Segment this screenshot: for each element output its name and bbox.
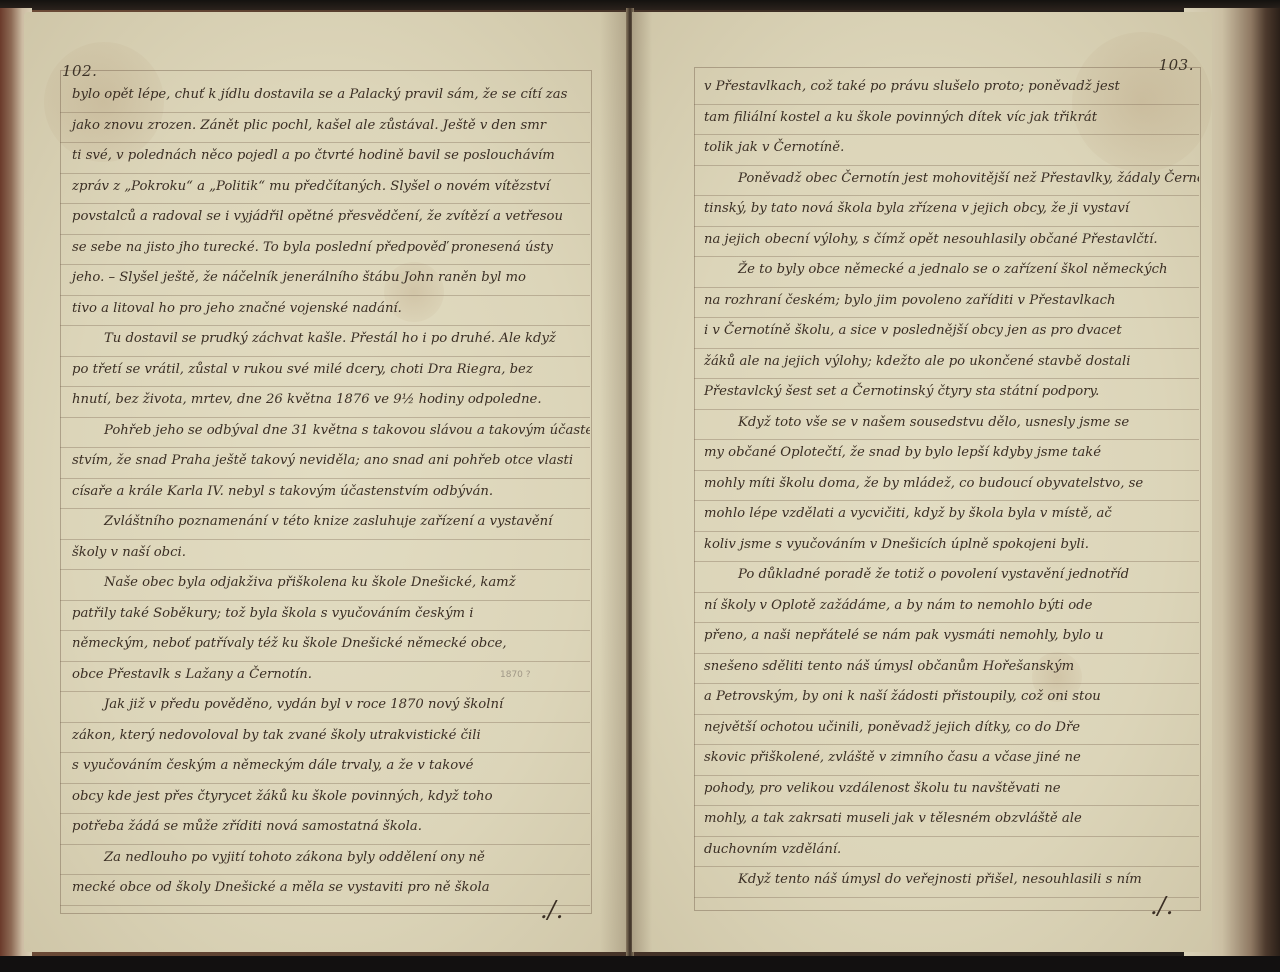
handwritten-line: na rozhraní českém; bylo jim povoleno za…: [694, 288, 1199, 319]
handwritten-line: Naše obec byla odjakživa přiškolena ku š…: [60, 570, 590, 601]
open-ledger-book: 102. 1870 ? bylo opět lépe, chuť k jídlu…: [0, 0, 1280, 972]
handwritten-line: mohlo lépe vzdělati a vycvičiti, když by…: [694, 501, 1199, 532]
handwritten-line: hnutí, bez života, mrtev, dne 26 května …: [60, 387, 590, 418]
handwritten-line: Že to byly obce německé a jednalo se o z…: [694, 257, 1199, 288]
handwritten-line: německým, neboť patřívaly též ku škole D…: [60, 631, 590, 662]
handwritten-line: se sebe na jisto jho turecké. To byla po…: [60, 235, 590, 266]
handwritten-line: Když tento náš úmysl do veřejnosti přiše…: [694, 867, 1199, 898]
handwritten-line: Když toto vše se v našem sousedstvu dělo…: [694, 410, 1199, 441]
handwritten-line: potřeba žádá se může zříditi nová samost…: [60, 814, 590, 845]
handwritten-line: školy v naší obci.: [60, 540, 590, 571]
book-cover-top: [0, 0, 1280, 10]
handwritten-line: a Petrovským, by oni k naší žádosti přis…: [694, 684, 1199, 715]
handwritten-line: i v Černotíně školu, a sice v poslednějš…: [694, 318, 1199, 349]
handwritten-line: Jak již v předu pověděno, vydán byl v ro…: [60, 692, 590, 723]
page-number: 103.: [1159, 56, 1194, 74]
handwritten-line: tivo a litoval ho pro jeho značné vojens…: [60, 296, 590, 327]
handwritten-line: jako znovu zrozen. Zánět plic pochl, kaš…: [60, 113, 590, 144]
handwritten-line: my občané Oplotečtí, že snad by bylo lep…: [694, 440, 1199, 471]
right-page: 103. v Přestavlkach, což také po právu s…: [632, 12, 1212, 952]
handwritten-text-block: bylo opět lépe, chuť k jídlu dostavila s…: [24, 82, 628, 906]
page-number: 102.: [62, 62, 97, 80]
handwritten-line: stvím, že snad Praha ještě takový nevidě…: [60, 448, 590, 479]
handwritten-line: tolik jak v Černotíně.: [694, 135, 1199, 166]
handwritten-line: Za nedlouho po vyjití tohoto zákona byly…: [60, 845, 590, 876]
handwritten-line: žáků ale na jejich výlohy; kdežto ale po…: [694, 349, 1199, 380]
handwritten-line: Zvláštního poznamenání v této knize zasl…: [60, 509, 590, 540]
book-cover-bottom: [0, 956, 1280, 972]
handwritten-line: snešeno sděliti tento náš úmysl občanům …: [694, 654, 1199, 685]
handwritten-line: největší ochotou učinili, poněvadž jejic…: [694, 715, 1199, 746]
handwritten-line: koliv jsme s vyučováním v Dnešicích úpln…: [694, 532, 1199, 563]
handwritten-line: skovic přiškolené, zvláště v zimního čas…: [694, 745, 1199, 776]
handwritten-line: přeno, a naši nepřátelé se nám pak vysmá…: [694, 623, 1199, 654]
handwritten-line: po třetí se vrátil, zůstal v rukou své m…: [60, 357, 590, 388]
handwritten-line: patřily také Soběkury; tož byla škola s …: [60, 601, 590, 632]
handwritten-line: Tu dostavil se prudký záchvat kašle. Pře…: [60, 326, 590, 357]
handwritten-line: ní školy v Oplotě zažádáme, a by nám to …: [694, 593, 1199, 624]
handwritten-line: mohly míti školu doma, že by mládež, co …: [694, 471, 1199, 502]
handwritten-line: tam filiální kostel a ku škole povinných…: [694, 105, 1199, 136]
handwritten-line: duchovním vzdělání.: [694, 837, 1199, 868]
handwritten-line: jeho. – Slyšel ještě, že náčelník jenerá…: [60, 265, 590, 296]
handwritten-line: pohody, pro velikou vzdálenost školu tu …: [694, 776, 1199, 807]
catchword-mark: ./.: [1150, 892, 1173, 920]
left-page: 102. 1870 ? bylo opět lépe, chuť k jídlu…: [24, 12, 628, 952]
handwritten-line: ti své, v polednách něco pojedl a po čtv…: [60, 143, 590, 174]
handwritten-line: Poněvadž obec Černotín jest mohovitější …: [694, 166, 1199, 197]
handwritten-line: povstalců a radoval se i vyjádřil opětné…: [60, 204, 590, 235]
catchword-mark: ./.: [540, 896, 563, 924]
handwritten-line: zákon, který nedovoloval by tak zvané šk…: [60, 723, 590, 754]
handwritten-line: s vyučováním českým a německým dále trva…: [60, 753, 590, 784]
handwritten-line: tinský, by tato nová škola byla zřízena …: [694, 196, 1199, 227]
handwritten-line: mohly, a tak zakrsati museli jak v těles…: [694, 806, 1199, 837]
handwritten-line: v Přestavlkach, což také po právu slušel…: [694, 74, 1199, 105]
handwritten-line: mecké obce od školy Dnešické a měla se v…: [60, 875, 590, 906]
handwritten-line: obce Přestavlk s Lažany a Černotín.: [60, 662, 590, 693]
handwritten-line: Přestavlcký šest set a Černotinský čtyry…: [694, 379, 1199, 410]
handwritten-line: Pohřeb jeho se odbýval dne 31 května s t…: [60, 418, 590, 449]
handwritten-text-block: v Přestavlkach, což také po právu slušel…: [632, 74, 1212, 898]
handwritten-line: Po důkladné poradě že totiž o povolení v…: [694, 562, 1199, 593]
handwritten-line: císaře a krále Karla IV. nebyl s takovým…: [60, 479, 590, 510]
handwritten-line: obcy kde jest přes čtyrycet žáků ku škol…: [60, 784, 590, 815]
handwritten-line: zpráv z „Pokroku“ a „Politik“ mu předčít…: [60, 174, 590, 205]
handwritten-line: na jejich obecní výlohy, s čímž opět nes…: [694, 227, 1199, 258]
handwritten-line: bylo opět lépe, chuť k jídlu dostavila s…: [60, 82, 590, 113]
